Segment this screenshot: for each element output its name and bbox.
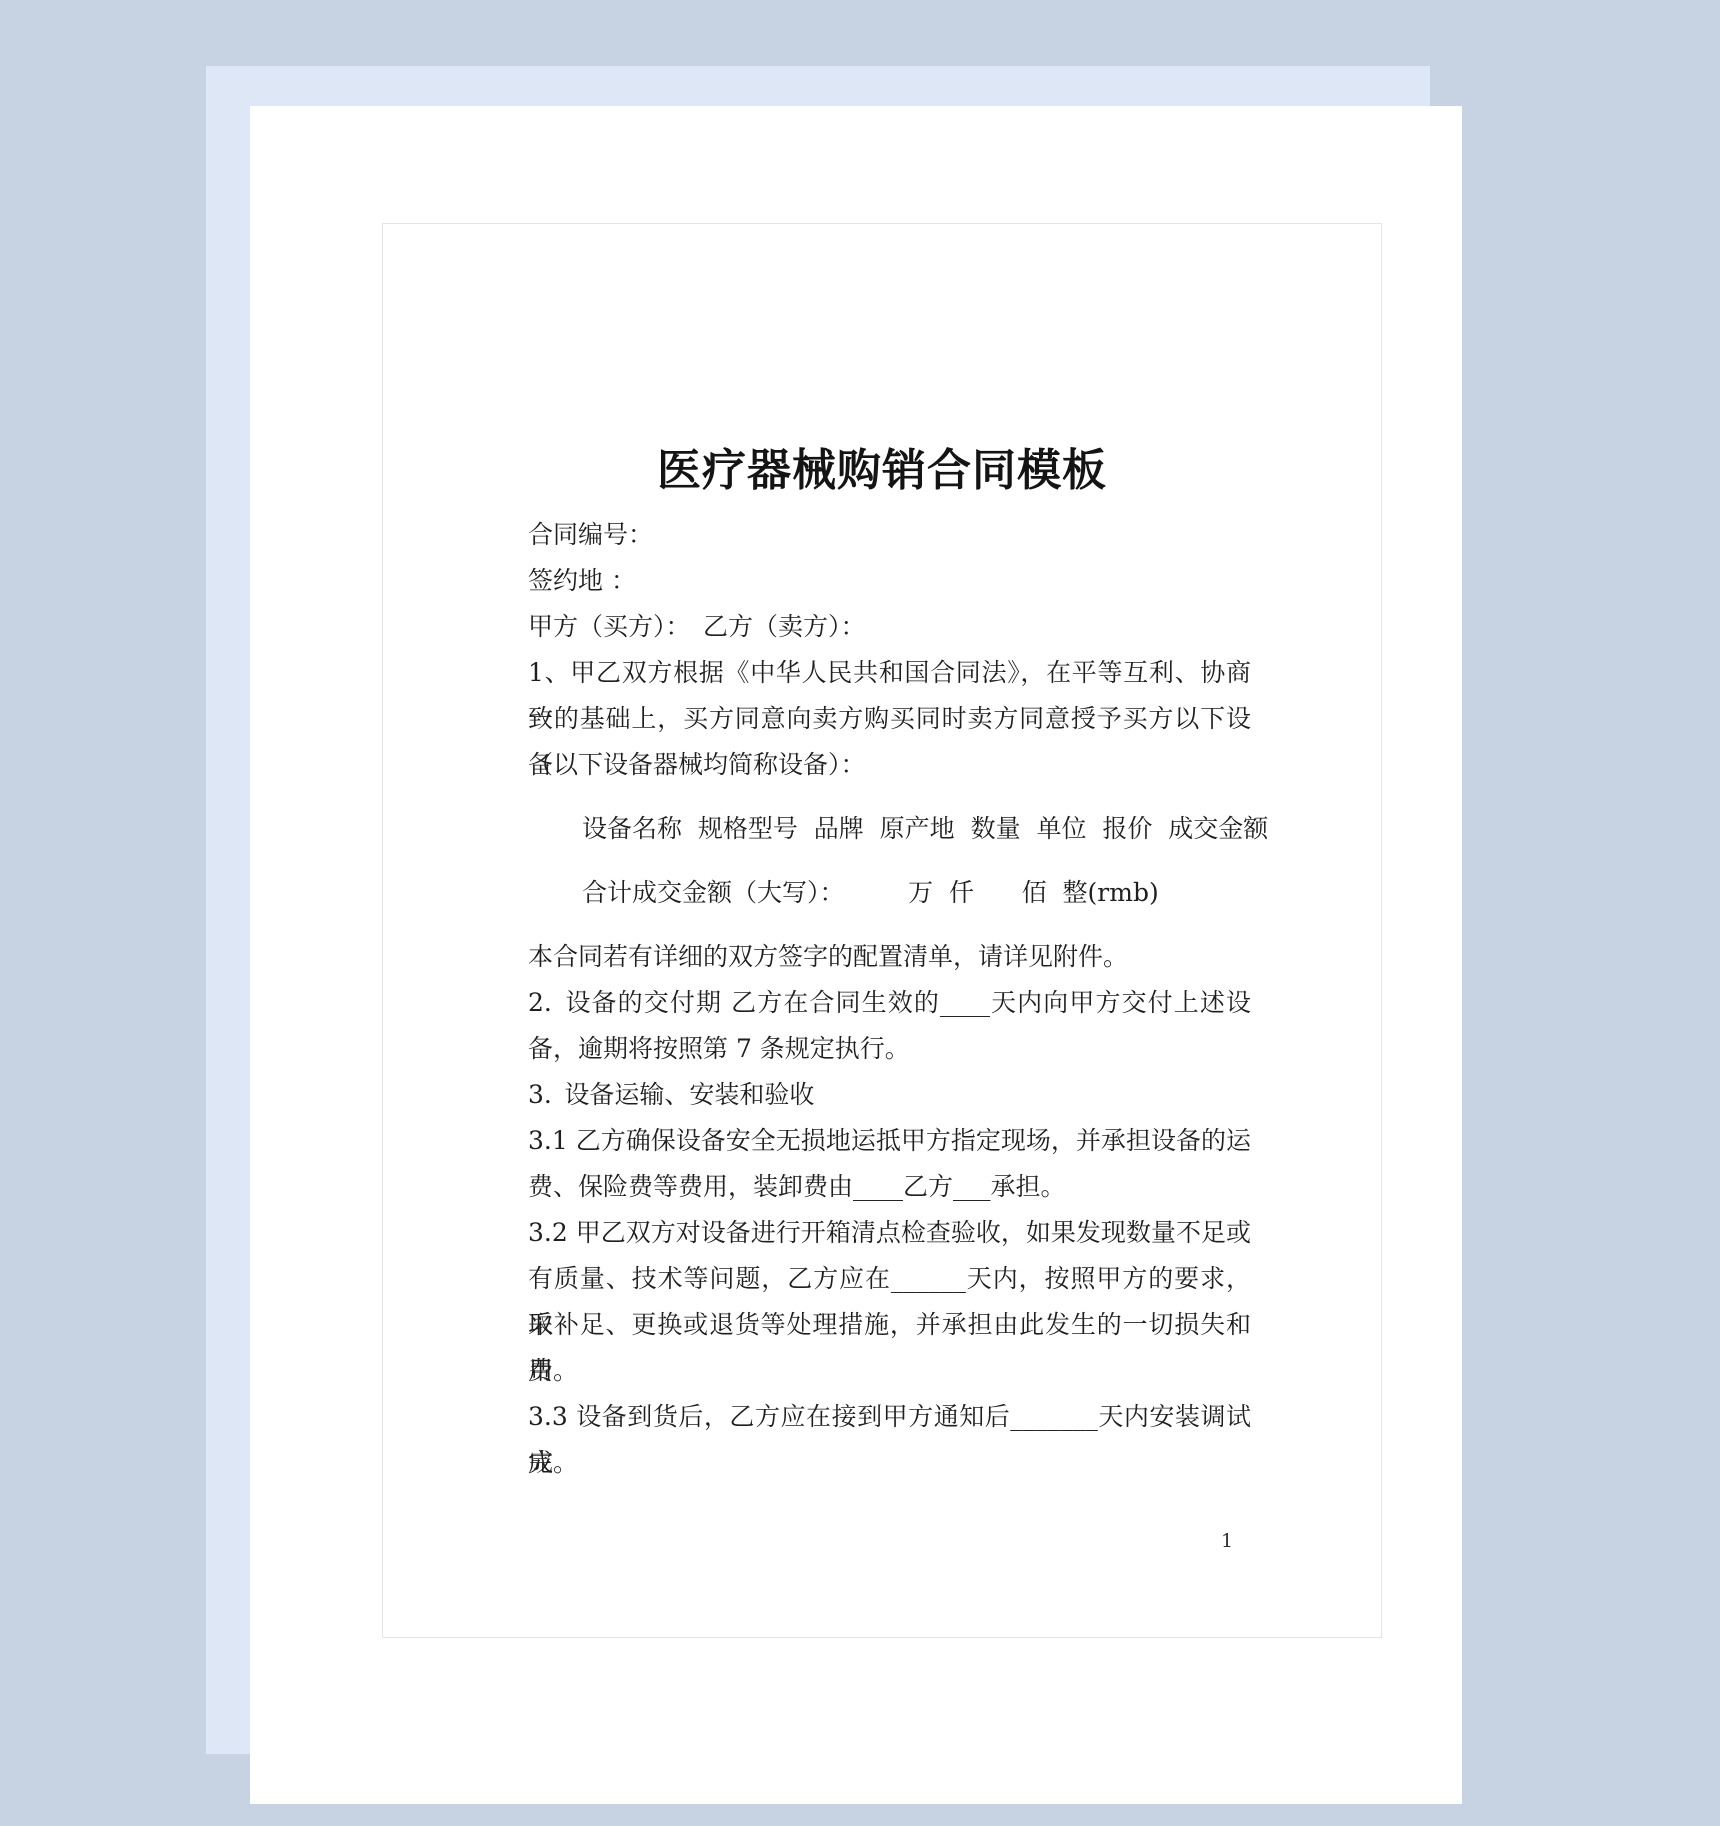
document-title: 医疗器械购销合同模板 [383, 446, 1381, 496]
page-border-frame: 医疗器械购销合同模板 合同编号：签约地 ：甲方（买方）： 乙方（卖方）：1、甲乙… [382, 223, 1382, 1638]
document-line: 本合同若有详细的双方签字的配置清单，请详见附件。 [528, 934, 1251, 980]
document-line: 2. 设备的交付期 乙方在合同生效的____天内向甲方交付上述设 [528, 980, 1251, 1026]
document-line: 取补足、更换或退货等处理措施，并承担由此发生的一切损失和费 [528, 1302, 1251, 1348]
document-body: 合同编号：签约地 ：甲方（买方）： 乙方（卖方）：1、甲乙双方根据《中华人民共和… [528, 512, 1251, 1486]
document-page: 医疗器械购销合同模板 合同编号：签约地 ：甲方（买方）： 乙方（卖方）：1、甲乙… [250, 106, 1462, 1804]
document-line: 设备名称 规格型号 品牌 原产地 数量 单位 报价 成交金额 [528, 806, 1251, 852]
document-line: 3.3 设备到货后，乙方应在接到甲方通知后_______天内安装调试完 [528, 1394, 1251, 1440]
document-line: 3. 设备运输、安装和验收 [528, 1072, 1251, 1118]
document-preview-canvas: 医疗器械购销合同模板 合同编号：签约地 ：甲方（买方）： 乙方（卖方）：1、甲乙… [0, 0, 1720, 1826]
document-line: 有质量、技术等问题，乙方应在______天内，按照甲方的要求，采 [528, 1256, 1251, 1302]
document-line: 1、甲乙双方根据《中华人民共和国合同法》，在平等互利、协商一 [528, 650, 1251, 696]
document-line: 用。 [528, 1348, 1251, 1394]
document-line: 甲方（买方）： 乙方（卖方）： [528, 604, 1251, 650]
document-line: 合同编号： [528, 512, 1251, 558]
document-line: 备，逾期将按照第 7 条规定执行。 [528, 1026, 1251, 1072]
document-line: 成。 [528, 1440, 1251, 1486]
document-line: 3.1 乙方确保设备安全无损地运抵甲方指定现场，并承担设备的运 [528, 1118, 1251, 1164]
document-line: （以下设备器械均简称设备）： [528, 742, 1251, 788]
document-line: 3.2 甲乙双方对设备进行开箱清点检查验收，如果发现数量不足或 [528, 1210, 1251, 1256]
page-number: 1 [1221, 1527, 1233, 1555]
document-line: 费、保险费等费用，装卸费由____乙方___承担。 [528, 1164, 1251, 1210]
document-line: 签约地 ： [528, 558, 1251, 604]
document-line: 致的基础上，买方同意向卖方购买同时卖方同意授予买方以下设备 [528, 696, 1251, 742]
document-line: 合计成交金额（大写）： 万 仟 佰 整(rmb) [528, 870, 1251, 916]
